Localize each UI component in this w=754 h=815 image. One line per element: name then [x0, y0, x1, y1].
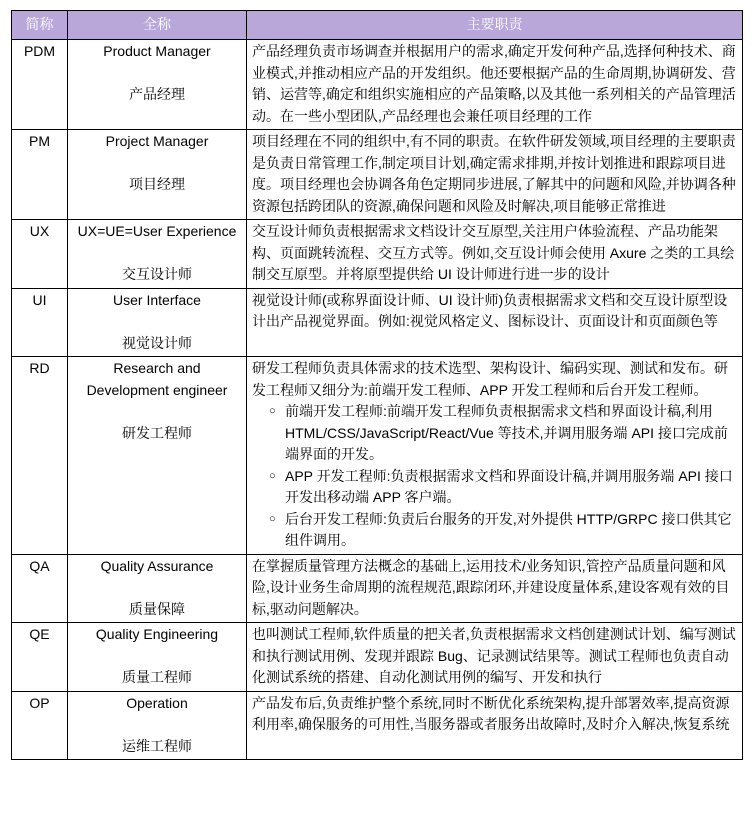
role-duty-cell: 产品发布后,负责维护整个系统,同时不断优化系统架构,提升部署效率,提高资源利用率… — [247, 691, 743, 760]
role-fullname-en: UX=UE=User Experience — [72, 221, 242, 243]
role-abbr: PM — [12, 130, 68, 220]
role-duty-text: 交互设计师负责根据需求文档设计交互原型,关注用户体验流程、产品功能架构、页面跳转… — [252, 221, 737, 286]
table-row-qa: QAQuality Assurance质量保障在掌握质量管理方法概念的基础上,运… — [12, 554, 743, 623]
role-abbr: UI — [12, 288, 68, 357]
role-duty-bullet-item: ○APP 开发工程师:负责根据需求文档和界面设计稿,并调用服务端 API 接口开… — [252, 466, 737, 509]
column-header-duty: 主要职责 — [247, 11, 743, 40]
role-fullname-en: User Interface — [72, 290, 242, 312]
role-duty-text: 项目经理在不同的组织中,有不同的职责。在软件研发领域,项目经理的主要职责是负责日… — [252, 131, 737, 217]
role-duty-text: 也叫测试工程师,软件质量的把关者,负责根据需求文档创建测试计划、编写测试和执行测… — [252, 624, 737, 689]
role-fullname-cell: Project Manager项目经理 — [68, 130, 247, 220]
role-abbr: QA — [12, 554, 68, 623]
role-fullname-cn: 研发工程师 — [72, 423, 242, 445]
role-duty-text: 产品经理负责市场调查并根据用户的需求,确定开发何种产品,选择何种技术、商业模式,… — [252, 41, 737, 127]
document-page: 简称全称主要职责 PDMProduct Manager产品经理产品经理负责市场调… — [0, 0, 754, 815]
column-header-abbr: 简称 — [12, 11, 68, 40]
role-fullname-cn: 项目经理 — [72, 174, 242, 196]
role-fullname-en: Product Manager — [72, 41, 242, 63]
role-duty-cell: 研发工程师负责具体需求的技术选型、架构设计、编码实现、测试和发布。研发工程师又细… — [247, 357, 743, 555]
role-duty-cell: 产品经理负责市场调查并根据用户的需求,确定开发何种产品,选择何种技术、商业模式,… — [247, 40, 743, 130]
table-row-pm: PMProject Manager项目经理项目经理在不同的组织中,有不同的职责。… — [12, 130, 743, 220]
role-fullname-cn: 交互设计师 — [72, 264, 242, 286]
role-duty-cell: 交互设计师负责根据需求文档设计交互原型,关注用户体验流程、产品功能架构、页面跳转… — [247, 220, 743, 289]
role-duty-text: 在掌握质量管理方法概念的基础上,运用技术/业务知识,管控产品质量问题和风险,设计… — [252, 556, 737, 621]
bullet-text: 后台开发工程师:负责后台服务的开发,对外提供 HTTP/GRPC 接口供其它组件… — [285, 509, 737, 552]
hollow-circle-bullet-icon: ○ — [269, 401, 285, 466]
table-row-pdm: PDMProduct Manager产品经理产品经理负责市场调查并根据用户的需求… — [12, 40, 743, 130]
role-fullname-en: Operation — [72, 693, 242, 715]
role-abbr: PDM — [12, 40, 68, 130]
table-body: PDMProduct Manager产品经理产品经理负责市场调查并根据用户的需求… — [12, 40, 743, 760]
role-abbr: QE — [12, 623, 68, 692]
role-duty-text: 产品发布后,负责维护整个系统,同时不断优化系统架构,提升部署效率,提高资源利用率… — [252, 693, 737, 736]
role-fullname-cell: Product Manager产品经理 — [68, 40, 247, 130]
table-row-ui: UIUser Interface视觉设计师视觉设计师(或称界面设计师、UI 设计… — [12, 288, 743, 357]
role-fullname-en: Project Manager — [72, 131, 242, 153]
table-row-qe: QEQuality Engineering质量工程师也叫测试工程师,软件质量的把… — [12, 623, 743, 692]
role-duty-cell: 视觉设计师(或称界面设计师、UI 设计师)负责根据需求文档和交互设计原型设计出产… — [247, 288, 743, 357]
role-duty-bullet-item: ○后台开发工程师:负责后台服务的开发,对外提供 HTTP/GRPC 接口供其它组… — [252, 509, 737, 552]
bullet-text: 前端开发工程师:前端开发工程师负责根据需求文档和界面设计稿,利用 HTML/CS… — [285, 401, 737, 466]
role-duty-text: 视觉设计师(或称界面设计师、UI 设计师)负责根据需求文档和交互设计原型设计出产… — [252, 290, 737, 333]
table-row-ux: UXUX=UE=User Experience交互设计师交互设计师负责根据需求文… — [12, 220, 743, 289]
role-fullname-cell: Operation运维工程师 — [68, 691, 247, 760]
role-abbr: OP — [12, 691, 68, 760]
role-fullname-cn: 视觉设计师 — [72, 333, 242, 355]
role-duty-cell: 项目经理在不同的组织中,有不同的职责。在软件研发领域,项目经理的主要职责是负责日… — [247, 130, 743, 220]
role-duty-cell: 也叫测试工程师,软件质量的把关者,负责根据需求文档创建测试计划、编写测试和执行测… — [247, 623, 743, 692]
role-abbr: RD — [12, 357, 68, 555]
role-fullname-cell: Quality Engineering质量工程师 — [68, 623, 247, 692]
role-fullname-cell: UX=UE=User Experience交互设计师 — [68, 220, 247, 289]
role-duty-text: 研发工程师负责具体需求的技术选型、架构设计、编码实现、测试和发布。研发工程师又细… — [252, 358, 737, 401]
column-header-fullname: 全称 — [68, 11, 247, 40]
role-fullname-cn: 产品经理 — [72, 84, 242, 106]
role-fullname-cn: 运维工程师 — [72, 736, 242, 758]
role-fullname-cn: 质量工程师 — [72, 667, 242, 689]
role-abbr: UX — [12, 220, 68, 289]
role-fullname-cell: Quality Assurance质量保障 — [68, 554, 247, 623]
table-row-rd: RDResearch and Development engineer研发工程师… — [12, 357, 743, 555]
role-fullname-en: Research and Development engineer — [72, 358, 242, 401]
roles-table: 简称全称主要职责 PDMProduct Manager产品经理产品经理负责市场调… — [11, 10, 743, 760]
role-fullname-cell: Research and Development engineer研发工程师 — [68, 357, 247, 555]
header-row: 简称全称主要职责 — [12, 11, 743, 40]
role-fullname-en: Quality Engineering — [72, 624, 242, 646]
role-fullname-cell: User Interface视觉设计师 — [68, 288, 247, 357]
role-duty-bullet-item: ○前端开发工程师:前端开发工程师负责根据需求文档和界面设计稿,利用 HTML/C… — [252, 401, 737, 466]
hollow-circle-bullet-icon: ○ — [269, 466, 285, 509]
role-fullname-cn: 质量保障 — [72, 599, 242, 621]
role-duty-bullet-list: ○前端开发工程师:前端开发工程师负责根据需求文档和界面设计稿,利用 HTML/C… — [252, 401, 737, 552]
table-row-op: OPOperation运维工程师产品发布后,负责维护整个系统,同时不断优化系统架… — [12, 691, 743, 760]
hollow-circle-bullet-icon: ○ — [269, 509, 285, 552]
bullet-text: APP 开发工程师:负责根据需求文档和界面设计稿,并调用服务端 API 接口开发… — [285, 466, 737, 509]
role-duty-cell: 在掌握质量管理方法概念的基础上,运用技术/业务知识,管控产品质量问题和风险,设计… — [247, 554, 743, 623]
role-fullname-en: Quality Assurance — [72, 556, 242, 578]
